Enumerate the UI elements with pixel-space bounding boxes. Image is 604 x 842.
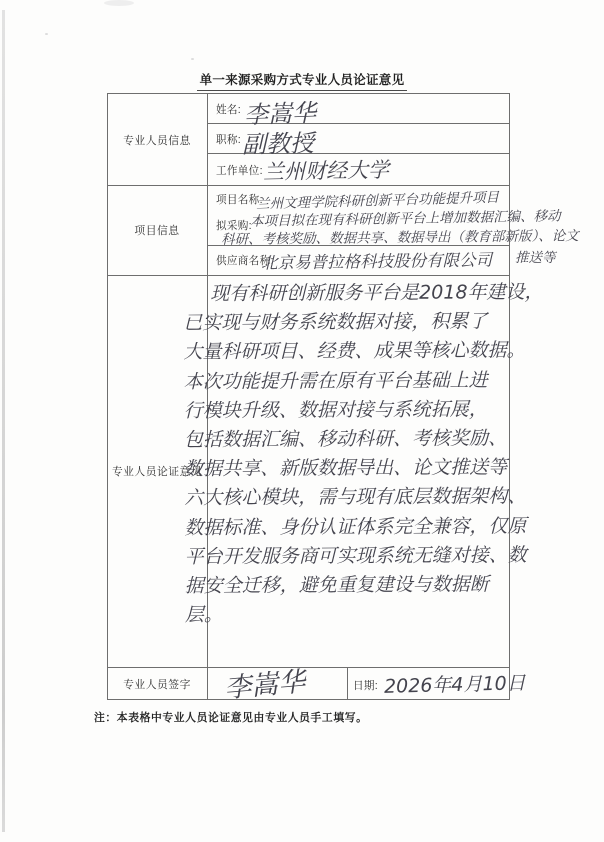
date-handwritten-value: 2026年4月10日 [384,668,526,699]
scan-smudge [104,0,134,6]
section-label-signature: 专业人员签字 [107,677,207,692]
scan-edge-shadow [2,10,5,832]
row-divider-opinion-signature [107,667,509,668]
section-label-project-info: 项目信息 [107,223,207,238]
signature-date-divider [347,667,348,700]
opinion-line: 平台开发服务商可实现系统无缝对接、数 [184,541,545,572]
opinion-line: 数据共享、新版数据导出、论文推送等 [184,453,545,484]
opinion-handwritten-text: 现有科研创新服务平台是2018年建设， 已实现与财务系统数据对接，积累了 大量科… [183,278,545,630]
opinion-line: 现有科研创新服务平台是2018年建设， [183,278,544,309]
title-field-handwritten-value: 副教授 [242,123,315,159]
supplier-handwritten-value: 北京易普拉格科技股份有限公司 [261,246,492,273]
opinion-line: 大量科研项目、经费、成果等核心数据。 [183,336,544,367]
opinion-line: 行模块升级、数据对接与系统拓展， [184,395,545,426]
opinion-line: 据安全迁移，避免重复建设与数据断 [185,570,546,601]
opinion-line: 已实现与财务系统数据对接，积累了 [183,307,544,338]
form-footnote: 注：本表格中专业人员论证意见由专业人员手工填写。 [94,710,368,725]
scan-speck [45,33,48,35]
page-title: 单一来源采购方式专业人员论证意见 [152,70,452,91]
workunit-field-label: 工作单位: [216,163,263,178]
page-title-text: 单一来源采购方式专业人员论证意见 [197,70,408,91]
signature-handwritten-value: 李嵩华 [222,660,306,706]
opinion-line: 本次功能提升需在原有平台基础上进 [184,366,545,397]
procurement-handwritten-line2: 科研、考核奖励、数据共享、数据导出（教育部新版）、论文 [221,224,579,248]
workunit-field-handwritten-value: 兰州财经大学 [263,154,390,186]
row-divider-project-opinion [107,275,509,276]
opinion-line: 六大核心模块，需与现有底层数据架构、 [184,482,545,513]
section-label-personnel-info: 专业人员信息 [107,133,207,148]
title-field-label: 职称: [216,132,241,147]
procurement-handwritten-line3: 推送等 [515,246,556,266]
opinion-line: 包括数据汇编、移动科研、考核奖励、 [184,424,545,455]
scanned-form-page: 单一来源采购方式专业人员论证意见 专业人员信息 项目信息 专业人员论证意见 专业… [0,0,604,842]
opinion-line: 层。 [185,599,546,630]
name-field-label: 姓名: [216,102,241,117]
opinion-line: 数据标准、身份认证体系完全兼容，仅原 [184,512,545,543]
date-label: 日期: [353,678,378,693]
scan-speck [191,58,194,60]
